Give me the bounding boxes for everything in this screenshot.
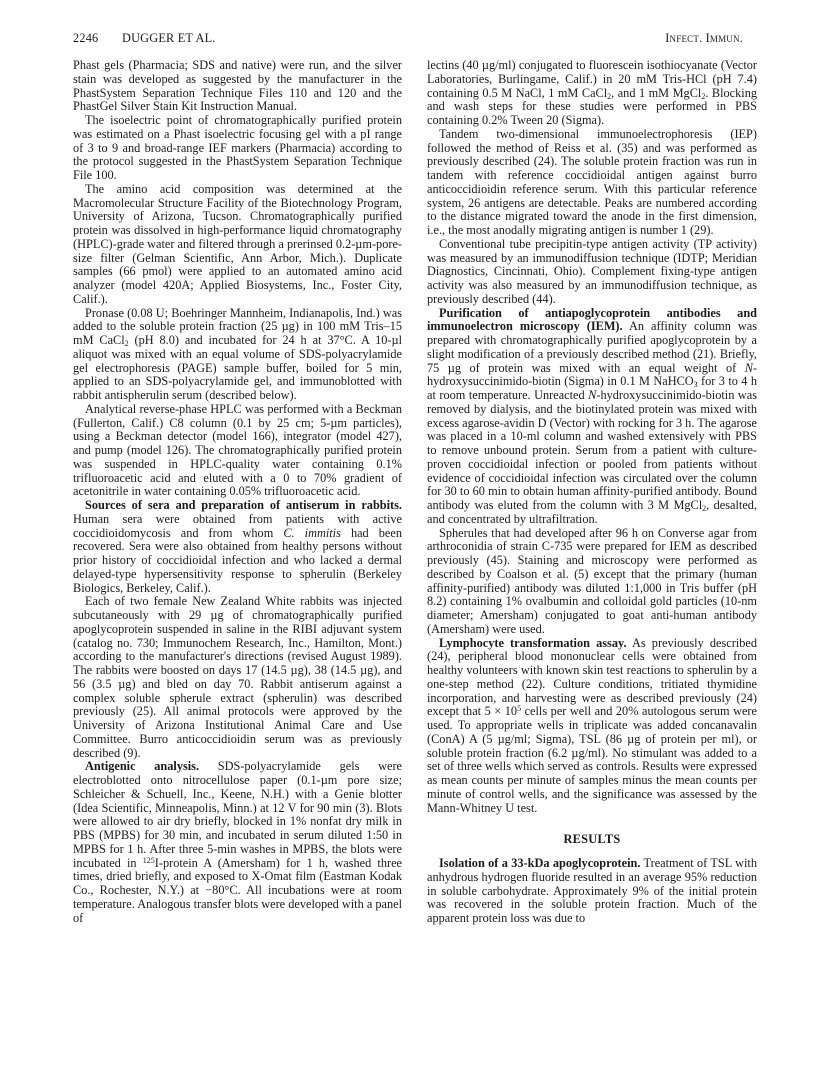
subsection-paragraph: Isolation of a 33-kDa apoglycoprotein. T… (427, 857, 757, 926)
subsection-heading: Purification of antiapoglycoprotein anti… (427, 306, 757, 334)
body-paragraph: Phast gels (Pharmacia; SDS and native) w… (73, 59, 402, 114)
subsection-paragraph: Purification of antiapoglycoprotein anti… (427, 307, 757, 527)
subsection-paragraph: Sources of sera and preparation of antis… (73, 499, 402, 595)
subsection-heading: Isolation of a 33-kDa apoglycoprotein. (439, 856, 640, 870)
body-paragraph: Spherules that had developed after 96 h … (427, 527, 757, 637)
running-head: 2246 DUGGER ET AL. Infect. Immun. (73, 31, 743, 47)
body-paragraph: Each of two female New Zealand White rab… (73, 595, 402, 760)
results-body: Isolation of a 33-kDa apoglycoprotein. T… (427, 857, 757, 926)
subsection-paragraph: Lymphocyte transformation assay. As prev… (427, 637, 757, 816)
body-paragraph: The amino acid composition was determine… (73, 183, 402, 307)
body-paragraph: The isoelectric point of chromatographic… (73, 114, 402, 183)
running-head-journal: Infect. Immun. (665, 31, 743, 46)
body-paragraph: Conventional tube precipitin-type antige… (427, 238, 757, 307)
body-paragraph: Pronase (0.08 U; Boehringer Mannheim, In… (73, 307, 402, 403)
right-column-body: lectins (40 µg/ml) conjugated to fluores… (427, 59, 757, 815)
running-head-authors: DUGGER ET AL. (122, 31, 216, 46)
subsection-paragraph: Antigenic analysis. SDS-polyacrylamide g… (73, 760, 402, 925)
page-number: 2246 (73, 31, 98, 46)
section-heading-results: RESULTS (427, 833, 757, 847)
left-column: Phast gels (Pharmacia; SDS and native) w… (73, 59, 402, 925)
subsection-heading: Lymphocyte transformation assay. (439, 636, 627, 650)
body-paragraph: Tandem two-dimensional immunoelectrophor… (427, 128, 757, 238)
body-paragraph: lectins (40 µg/ml) conjugated to fluores… (427, 59, 757, 128)
subsection-heading: Sources of sera and preparation of antis… (85, 498, 402, 512)
subsection-heading: Antigenic analysis. (85, 759, 199, 773)
right-column: lectins (40 µg/ml) conjugated to fluores… (427, 59, 757, 926)
journal-page: 2246 DUGGER ET AL. Infect. Immun. Phast … (0, 0, 816, 1084)
body-paragraph: Analytical reverse-phase HPLC was perfor… (73, 403, 402, 499)
